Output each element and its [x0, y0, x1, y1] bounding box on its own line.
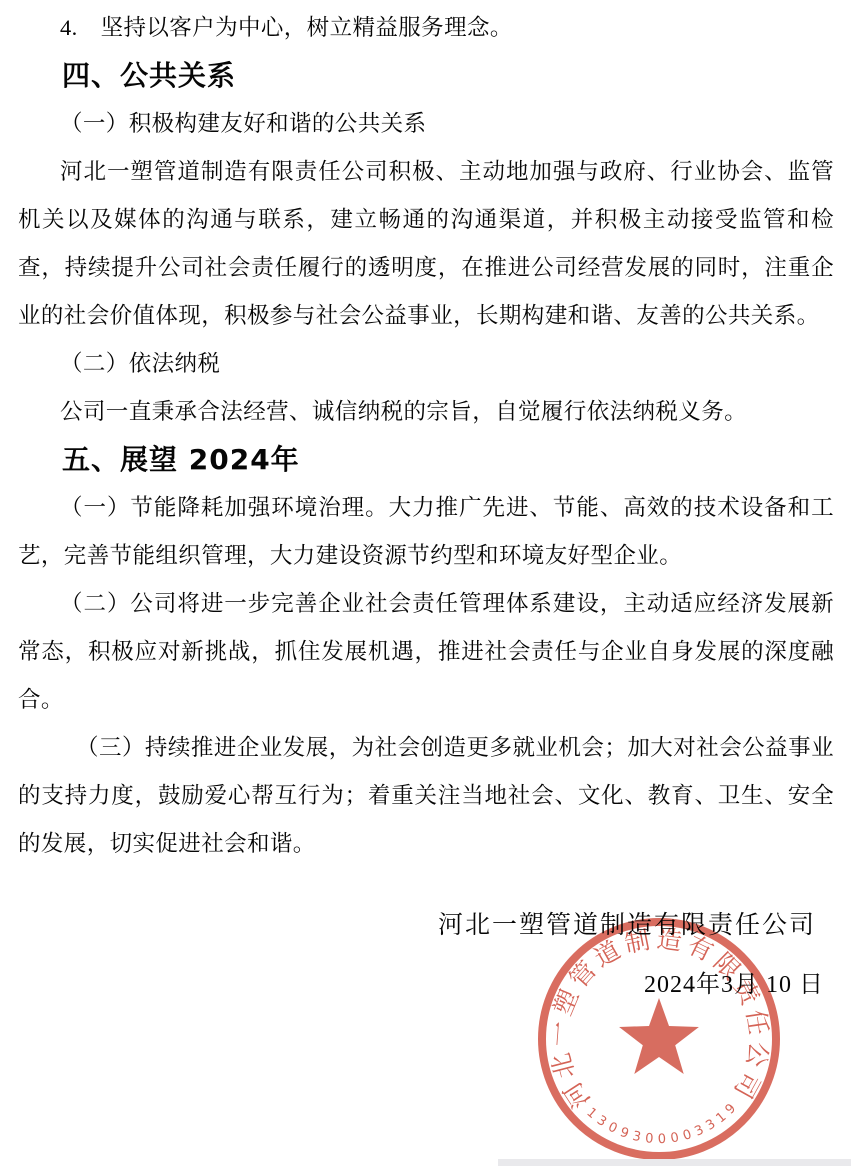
section5-item1: （一）节能降耗加强环境治理。大力推广先进、节能、高效的技术设备和工艺，完善节能组… — [18, 484, 834, 580]
section5-item3: （三）持续推进企业发展，为社会创造更多就业机会；加大对社会公益事业的支持力度，鼓… — [18, 724, 834, 868]
document-page: { "content": { "list_item_4": "4. 坚持以客户为… — [0, 0, 851, 1168]
scan-artifact — [498, 1159, 851, 1166]
section4-sub1-title: （一）积极构建友好和谐的公共关系 — [18, 100, 834, 148]
signature-company: 河北一塑管道制造有限责任公司 — [18, 902, 816, 950]
section5-item2: （二）公司将进一步完善企业社会责任管理体系建设，主动适应经济发展新常态，积极应对… — [18, 580, 834, 724]
section5-heading: 五、展望 2024年 — [18, 436, 834, 484]
section4-sub1-body: 河北一塑管道制造有限责任公司积极、主动地加强与政府、行业协会、监管机关以及媒体的… — [18, 148, 834, 340]
section4-heading: 四、公共关系 — [18, 52, 834, 100]
list-item-4: 4. 坚持以客户为中心，树立精益服务理念。 — [18, 4, 834, 52]
section4-sub2-title: （二）依法纳税 — [18, 340, 834, 388]
signature-date: 2024年3月 10 日 — [18, 961, 824, 1009]
section4-sub2-body: 公司一直秉承合法经营、诚信纳税的宗旨，自觉履行依法纳税义务。 — [18, 388, 834, 436]
report-body: 4. 坚持以客户为中心，树立精益服务理念。 四、公共关系 （一）积极构建友好和谐… — [0, 0, 851, 1168]
signature-block: 河北一塑管道制造有限责任公司 2024年3月 10 日 — [18, 902, 834, 1009]
